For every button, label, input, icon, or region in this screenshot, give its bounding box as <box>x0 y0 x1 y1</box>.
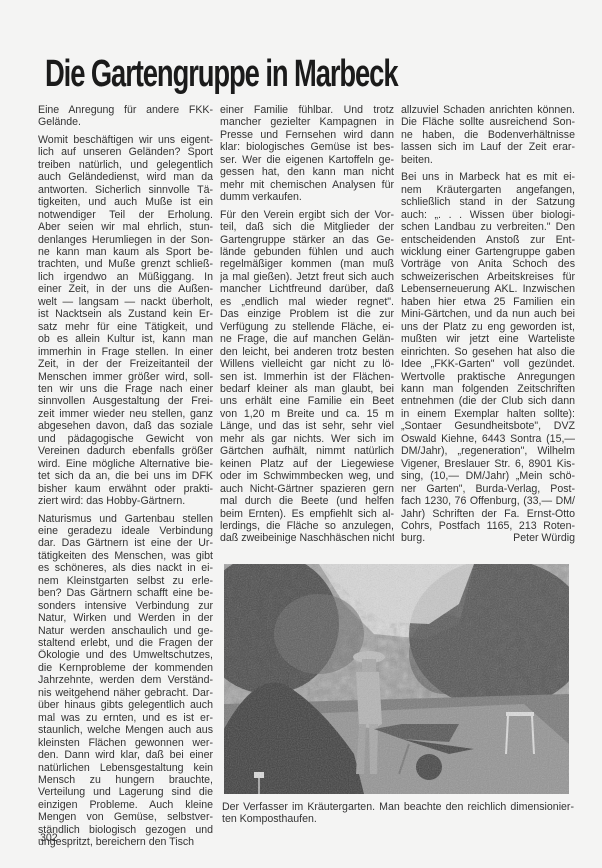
text-line: „Sontaer Gesundheitsbote", DVZ <box>401 420 575 432</box>
text-line: burg. <box>401 532 425 544</box>
text-line: dar. Das Gärtnern ist eine der Ur- <box>38 537 213 549</box>
text-line: und pädagogische Gewicht von <box>38 433 213 445</box>
text-line: Eine Anregung für andere FKK- <box>38 104 213 116</box>
paragraph: allzuviel Schaden anrichten können.Die F… <box>401 104 575 166</box>
paragraph: Für den Verein ergibt sich der Vor-teil,… <box>220 209 394 545</box>
text-line: sinnvollen Ausgestaltung der Frei- <box>38 395 213 407</box>
text-line: beiten. <box>401 154 575 166</box>
text-line: denlanges Herumliegen in der Son- <box>38 234 213 246</box>
paragraph: Womit beschäftigen wir uns eigent-lich a… <box>38 134 213 508</box>
text-line: ten wir uns die Frage nach einer <box>38 383 213 395</box>
text-line: notwendiger Teil der Erholung. <box>38 209 213 221</box>
text-line: Willens vielleicht gar nicht zu lö- <box>220 358 394 370</box>
paragraph: Eine Anregung für andere FKK-Gelände. <box>38 104 213 129</box>
text-line: uns der Platz zu eng geworden ist, <box>401 321 575 333</box>
text-line: satz mehr für eine Tätigkeit, und <box>38 321 213 333</box>
text-line: mehr mit chemischen Analysen für <box>220 179 394 191</box>
text-line: Die Fläche sollte ausreichend Son- <box>401 116 575 128</box>
text-line: Vigener, Breslauer Str. 6, 8901 Kis- <box>401 458 575 470</box>
text-line: keinen Platz auf der Liegewiese <box>220 458 394 470</box>
text-line: Bei uns in Marbeck hat es mit ei- <box>401 171 575 183</box>
text-line: Natur werden anschaulich und ge- <box>38 625 213 637</box>
text-line: ben? Das Gärtnern schafft eine be- <box>38 587 213 599</box>
paragraph: Bei uns in Marbeck hat es mit ei-nem Krä… <box>401 171 575 545</box>
text-line: staunlich, welche Mengen auch aus <box>38 724 213 736</box>
text-line: Ökologie und des Umweltschutzes, <box>38 649 213 661</box>
text-line: haben hier etwa 25 Familien ein <box>401 296 575 308</box>
column-2: einer Familie fühlbar. Und trotzmancher … <box>220 104 394 550</box>
text-line: Jahr) Schriften der Fa. Ernst-Otto <box>401 508 575 520</box>
garden-photo <box>224 564 569 794</box>
text-line: teil, daß sich die Mitglieder der <box>220 221 394 233</box>
text-line: allzuviel Schaden anrichten können. <box>401 104 575 116</box>
text-line: Verfügung zu stellende Fläche, ei- <box>220 321 394 333</box>
text-line: bisher kaum erwähnt oder prakti- <box>38 483 213 495</box>
text-line: dumm verkaufen. <box>220 191 394 203</box>
text-line: Das einzige Problem ist die zur <box>220 308 394 320</box>
text-line: Vorträge von Anita Schoch des <box>401 258 575 270</box>
text-line: tet sich da an, die bei uns im DFK <box>38 470 213 482</box>
text-line: Mengen von Gemüse, selbstver- <box>38 811 213 823</box>
text-line: Cohrs, Postfach 1165, 213 Roten- <box>401 520 575 532</box>
text-line: ob es allein Kultur ist, kann man <box>38 333 213 345</box>
paragraph: einer Familie fühlbar. Und trotzmancher … <box>220 104 394 204</box>
text-line: trachten, und Muße grenzt schließ- <box>38 258 213 270</box>
text-line: regelmäßiger kommen (man muß <box>220 258 394 270</box>
text-line: Länge, und das ist sehr, sehr viel <box>220 420 394 432</box>
photo-caption: Der Verfasser im Kräutergarten. Man beac… <box>222 801 574 826</box>
text-line: Mini-Gärtchen, und da nun auch bei <box>401 308 575 320</box>
text-line: auch Nicht-Gärtner spazieren gern <box>220 483 394 495</box>
text-line: eine geradezu ideale Verbindung <box>38 525 213 537</box>
text-line: nem Kräutergarten angefangen, <box>401 184 575 196</box>
paragraph: Naturismus und Gartenbau stelleneine ger… <box>38 513 213 849</box>
text-line: gessen hat, den kann man nicht <box>220 166 394 178</box>
text-line: kleinsten Flächen gewonnen wer- <box>38 737 213 749</box>
text-line: ner Garten", Burda-Verlag, Post- <box>401 483 575 495</box>
text-line: Naturismus und Gartenbau stellen <box>38 513 213 525</box>
text-line: mal was zu ernten, und es ist er- <box>38 712 213 724</box>
text-line: mancher Lichtfreund darüber, daß <box>220 283 394 295</box>
text-line: bedarf kleiner als man glaubt, bei <box>220 383 394 395</box>
text-line: Menschen immer größer wird, soll- <box>38 371 213 383</box>
text-line: Für den Verein ergibt sich der Vor- <box>220 209 394 221</box>
text-line: lände gebunden fühlen und auch <box>220 246 394 258</box>
text-line: auch: „. . . Wissen über biologi- <box>401 209 575 221</box>
text-line: es schöneres, als dies nackt in ei- <box>38 562 213 574</box>
text-line: einer Familie fühlbar. Und trotz <box>220 104 394 116</box>
text-line: schen Landbau zu verbreiten." Den <box>401 221 575 233</box>
text-line: Mensch zu hungern brauchte, <box>38 774 213 786</box>
text-line: sing, (10,— DM/Jahr) „Mein schö- <box>401 470 575 482</box>
text-line: uns erhält eine Familie ein Beet <box>220 395 394 407</box>
text-line: mancher gezielter Kampagnen in <box>220 116 394 128</box>
text-line: tätigkeiten des Menschen, was gibt <box>38 550 213 562</box>
text-line: zeit immer wieder neu stellen, ganz <box>38 408 213 420</box>
text-line: natürlichen Lebensgestaltung kein <box>38 762 213 774</box>
text-line: wicklung einer Gartengruppe gaben <box>401 246 575 258</box>
text-line: nem Kleinstgarten selbst zu erle- <box>38 575 213 587</box>
column-3: allzuviel Schaden anrichten können.Die F… <box>401 104 575 550</box>
text-line: Womit beschäftigen wir uns eigent- <box>38 134 213 146</box>
text-line: Zeit, in der der Freizeitanteil der <box>38 358 213 370</box>
text-line: mehr als gar nichts. Wer sich im <box>220 433 394 445</box>
text-line: Gelände. <box>38 116 213 128</box>
text-line: es „endlich mal wieder regnet". <box>220 296 394 308</box>
text-line: abgesehen davon, daß das soziale <box>38 420 213 432</box>
text-line: mal durch die Beete (und helfen <box>220 495 394 507</box>
text-line: sonders intensive Verbindung zur <box>38 600 213 612</box>
text-line: lassen sich im Lauf der Zeit erar- <box>401 141 575 153</box>
text-line: einzigen Probleme. Auch kleine <box>38 799 213 811</box>
text-line: schließlich stand in der Satzung <box>401 196 575 208</box>
text-line: treiben natürlich, und gelegentlich <box>38 159 213 171</box>
text-line: kann man folgenden Zeitschriften <box>401 383 575 395</box>
text-line: tigkeiten, und auch Muße ist ein <box>38 196 213 208</box>
text-line: ständlich biologisch gezogen und <box>38 824 213 836</box>
text-line: ja mal gießen). Jetzt freut sich auch <box>220 271 394 283</box>
text-line: welt — langsam — nackt überholt, <box>38 296 213 308</box>
text-line: Presse und Fernsehen wird dann <box>220 129 394 141</box>
text-line: entscheidenden Anstoß zur Ent- <box>401 234 575 246</box>
text-line: Aber seien wir mal ehrlich, stun- <box>38 221 213 233</box>
text-line: Gartengruppe stärker an das Ge- <box>220 234 394 246</box>
text-line: einer Zeit, in der uns die Außen- <box>38 283 213 295</box>
text-line: entnehmen (die der Club sich dann <box>401 395 575 407</box>
text-line: lich auf unseren Geländen? Sport <box>38 146 213 158</box>
author-name: Peter Würdig <box>513 532 575 544</box>
text-line: ser. Wer die eigenen Kartoffeln ge- <box>220 154 394 166</box>
text-line: lerdings, die Fläche so anzulegen, <box>220 520 394 532</box>
text-line: nis weitgehend näher gebracht. Dar- <box>38 687 213 699</box>
text-line: die Kernprobleme der kommenden <box>38 662 213 674</box>
text-line: mußten wir jetzt eine Warteliste <box>401 333 575 345</box>
text-line: Verteilung und Lagerung sind die <box>38 786 213 798</box>
text-line: Oswald Kiehne, 6443 Sontra (15,— <box>401 433 575 445</box>
text-line: in einem Exemplar halten sollte): <box>401 408 575 420</box>
text-line: antworten. Sicherlich sinnvolle Tä- <box>38 184 213 196</box>
text-line: daß zweibeinige Naschhäschen nicht <box>220 532 394 544</box>
text-line: Jahrzehnte, werden dem Verständ- <box>38 674 213 686</box>
column-1: Eine Anregung für andere FKK-Gelände.Wom… <box>38 104 213 854</box>
text-line: staltend erlebt, und die Fragen der <box>38 637 213 649</box>
text-line: oder im Schwimmbecken weg, und <box>220 470 394 482</box>
text-line: Natur, Wirken und Werden in der <box>38 612 213 624</box>
caption-line: ten Komposthaufen. <box>222 813 574 825</box>
text-line: Wertvolle praktische Anregungen <box>401 371 575 383</box>
text-line: auch Geländedienst, wird man da <box>38 171 213 183</box>
text-line: einrichten. So gesehen hat also die <box>401 346 575 358</box>
text-line: klar: biologisches Gemüse ist bes- <box>220 141 394 153</box>
text-line: Idee „FKK-Garten" voll gezündet. <box>401 358 575 370</box>
text-line: Vereinen dadurch ebenfalls größer <box>38 445 213 457</box>
text-line: ziert wird: das Hobby-Gärtnern. <box>38 495 213 507</box>
text-line: den. Dann wird klar, daß bei einer <box>38 749 213 761</box>
text-line: schweizerischen Arbeitskreises für <box>401 271 575 283</box>
text-line: den leicht, bei anderen trotz besten <box>220 346 394 358</box>
text-line: ist Nacktsein als Zustand kein Er- <box>38 308 213 320</box>
text-line: über hinaus gibts gelegentlich auch <box>38 699 213 711</box>
photo-illustration <box>224 564 569 794</box>
signature-line: burg.Peter Würdig <box>401 532 575 544</box>
text-line: sen ist. Immerhin ist der Flächen- <box>220 371 394 383</box>
text-line: beim Ernten). Es empfiehlt sich al- <box>220 508 394 520</box>
text-line: wird. Eine mögliche Alternative bie- <box>38 458 213 470</box>
text-line: fach 1230, 76 Offenburg, (33,— DM/ <box>401 495 575 507</box>
article-title: Die Gartengruppe in Marbeck <box>45 52 397 96</box>
text-line: ne Frage, die auf manchen Gelän- <box>220 333 394 345</box>
text-line: ungespritzt, bereichern den Tisch <box>38 836 213 848</box>
text-line: lich irgendwo an Müßiggang. In <box>38 271 213 283</box>
text-line: DM/Jahr), „regeneration", Wilhelm <box>401 445 575 457</box>
text-line: ne kann man kaum als Sport be- <box>38 246 213 258</box>
text-line: von 1,20 m Breite und ca. 15 m <box>220 408 394 420</box>
text-line: immerhin in Frage stellen. In einer <box>38 346 213 358</box>
caption-line: Der Verfasser im Kräutergarten. Man beac… <box>222 801 574 813</box>
text-line: Gärtchen aufhält, nimmt natürlich <box>220 445 394 457</box>
text-line: Lebenserneuerung AKL. Inzwischen <box>401 283 575 295</box>
text-line: ne haben, die Bodenverhältnisse <box>401 129 575 141</box>
page-number: 302 <box>40 832 58 844</box>
